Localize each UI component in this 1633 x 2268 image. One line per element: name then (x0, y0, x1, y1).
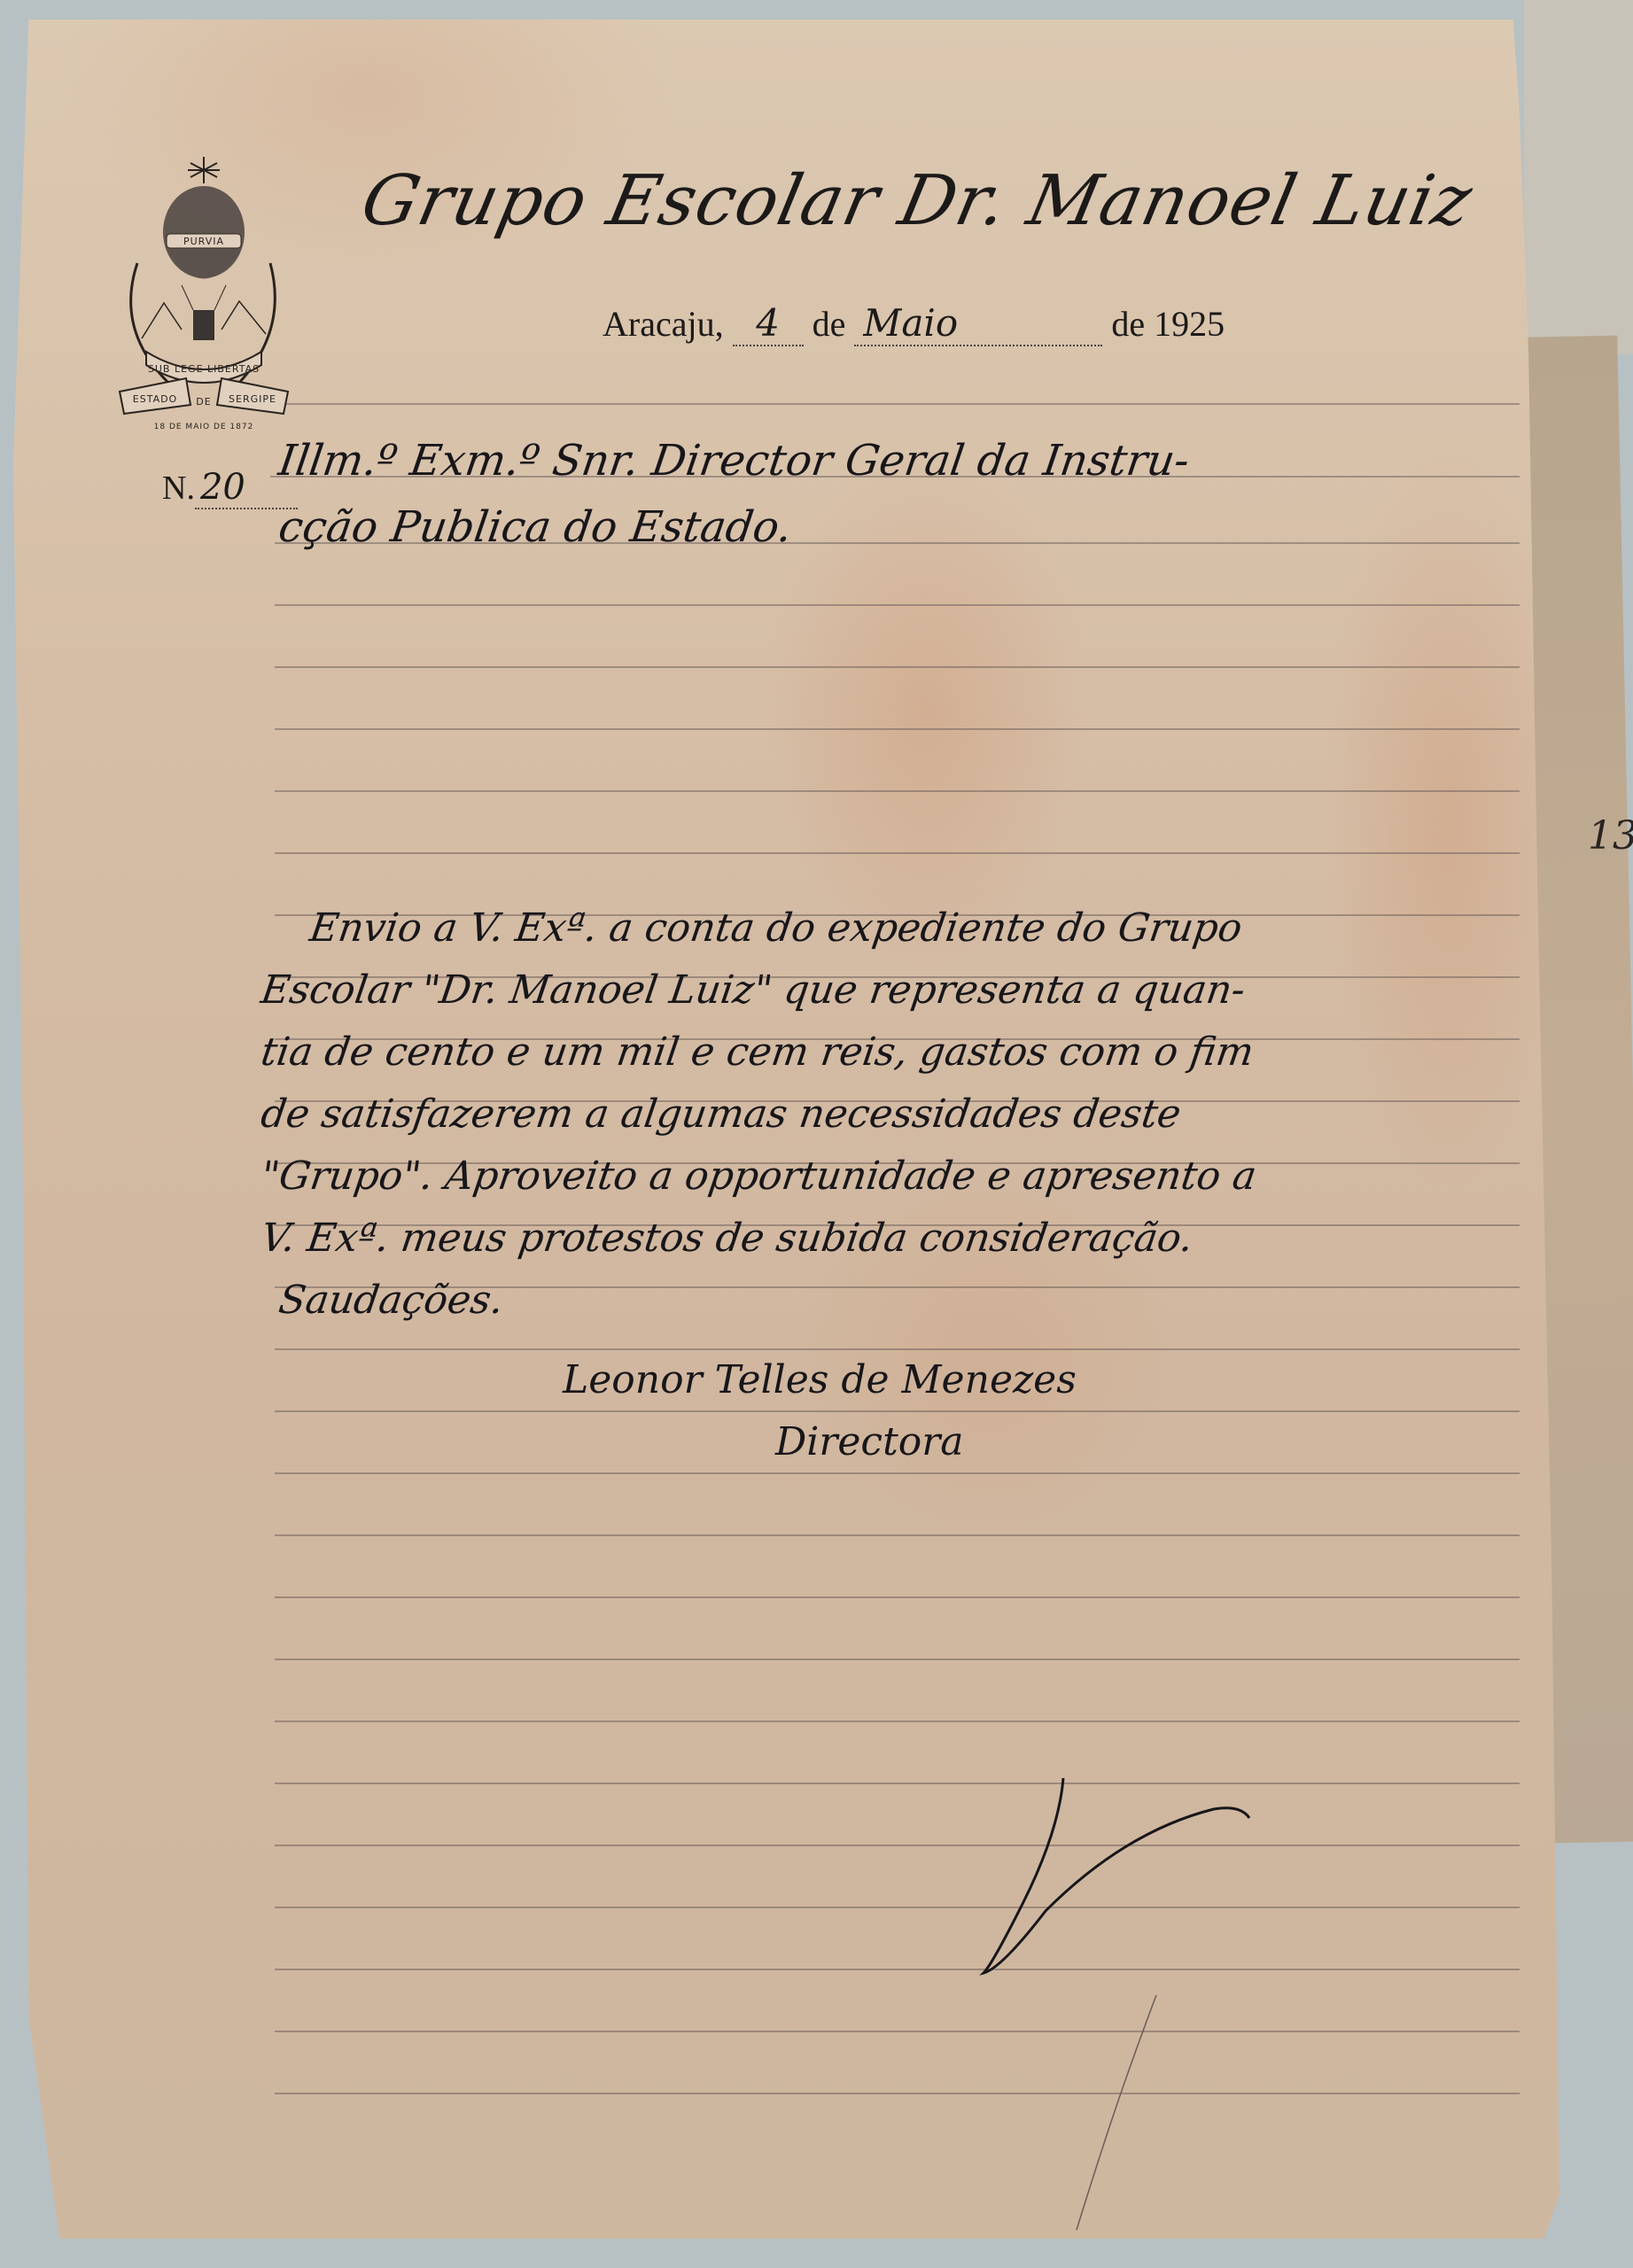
body-line: Escolar "Dr. Manoel Luiz" que representa… (258, 967, 1248, 1013)
letter-sheet: PURVIA SUB LEGE LIBERTAS ESTADO DE SERGI… (13, 19, 1559, 2239)
letterhead-title: Grupo Escolar Dr. Manoel Luiz (354, 161, 1479, 241)
ruled-line (275, 1845, 1520, 1846)
paper-crack (1059, 1995, 1165, 2234)
ruled-line (275, 1783, 1520, 1784)
ruled-line (275, 2031, 1520, 2032)
body-line: Envio a V. Exª. a conta do expediente do… (307, 905, 1245, 951)
ruled-line (275, 1534, 1520, 1536)
background-surface (1524, 0, 1633, 354)
ruled-line (270, 403, 1520, 405)
balloon-icon: PURVIA (163, 186, 245, 340)
margin-page-number: 13 (1588, 813, 1633, 858)
salutation-line: cção Publica do Estado. (276, 502, 795, 552)
salutation-line: Illm.º Exm.º Snr. Director Geral da Inst… (276, 436, 1193, 485)
body-line: V. Exª. meus protestos de subida conside… (258, 1216, 1195, 1261)
ruled-line (275, 1720, 1520, 1722)
ruled-line (275, 728, 1520, 730)
reference-label: N. (162, 469, 195, 508)
svg-text:DE: DE (196, 396, 211, 408)
svg-text:PURVIA: PURVIA (183, 236, 224, 247)
dateline-day: 4 (733, 301, 804, 346)
ruled-line (275, 1658, 1520, 1660)
svg-text:SERGIPE: SERGIPE (229, 393, 276, 405)
ruled-line (275, 852, 1520, 854)
svg-text:SUB LEGE LIBERTAS: SUB LEGE LIBERTAS (148, 363, 260, 375)
ruled-line (275, 666, 1520, 668)
dateline-month: Maio (854, 301, 1102, 346)
dateline-de: de (813, 303, 846, 345)
dateline: Aracaju, 4 de Maio de 1925 (603, 301, 1225, 346)
signature-name: Leonor Telles de Menezes (563, 1357, 1077, 1402)
body-line: de satisfazerem a algumas necessidades d… (258, 1091, 1184, 1137)
body-line: Saudações. (276, 1278, 506, 1323)
ruled-line (275, 1410, 1520, 1412)
dateline-city: Aracaju, (603, 303, 724, 345)
pen-flourish-mark (975, 1778, 1311, 1991)
ruled-line (275, 2093, 1520, 2094)
ruled-line (275, 790, 1520, 792)
svg-text:18 DE MAIO DE 1872: 18 DE MAIO DE 1872 (154, 423, 254, 431)
dateline-year: 1925 (1154, 303, 1225, 345)
ruled-line (275, 604, 1520, 606)
signature-title: Directora (775, 1419, 964, 1464)
body-line: tia de cento e um mil e cem reis, gastos… (258, 1029, 1256, 1075)
star-icon (188, 157, 220, 183)
svg-text:ESTADO: ESTADO (133, 393, 177, 405)
ruled-line (275, 1472, 1520, 1474)
ruled-line (275, 1907, 1520, 1908)
state-crest-emblem: PURVIA SUB LEGE LIBERTAS ESTADO DE SERGI… (106, 152, 301, 436)
ruled-line (275, 1348, 1520, 1350)
ruled-line (275, 1969, 1520, 1970)
body-line: "Grupo". Aproveito a opportunidade e apr… (258, 1153, 1259, 1199)
dateline-de: de (1111, 303, 1145, 345)
ruled-line (275, 1596, 1520, 1598)
